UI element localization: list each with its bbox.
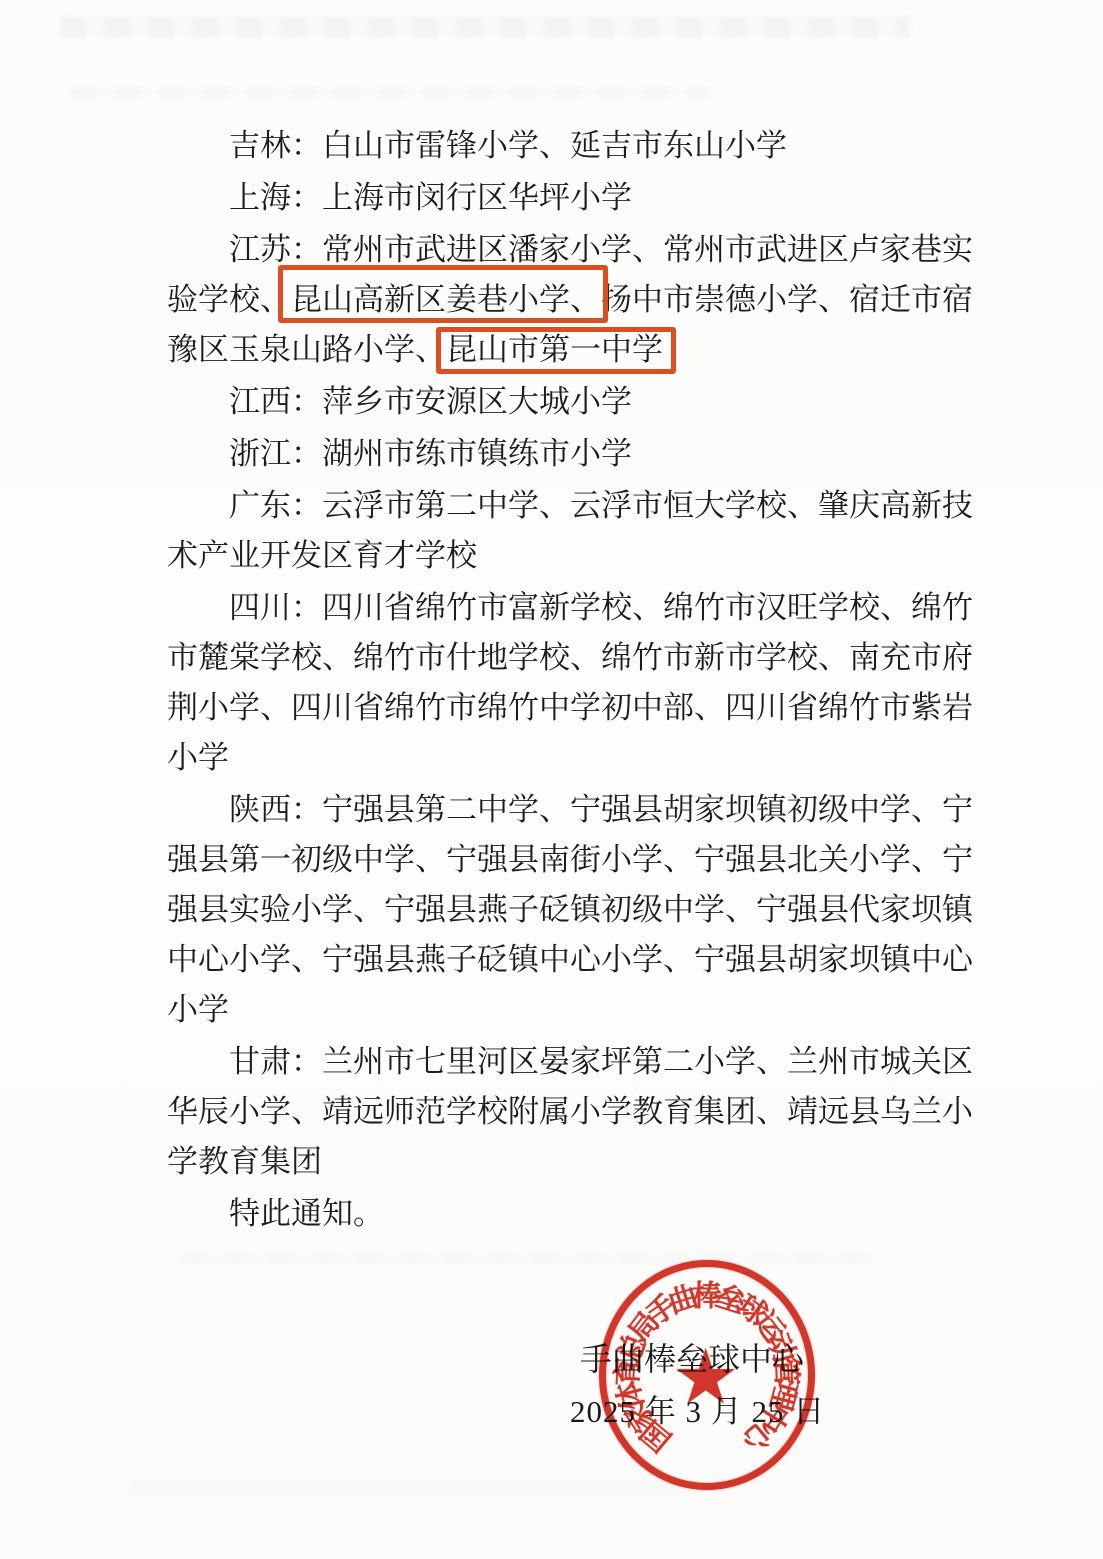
- text-line: 荆小学、四川省绵竹市绵竹中学初中部、四川省绵竹市紫岩: [167, 683, 967, 733]
- scan-artifact: [60, 16, 910, 38]
- text-line: 强县第一初级中学、宁强县南街小学、宁强县北关小学、宁: [167, 835, 967, 885]
- paragraph: 浙江：湖州市练市镇练市小学: [167, 429, 967, 479]
- text-line: 术产业开发区育才学校: [167, 531, 967, 581]
- text-line: 强县实验小学、宁强县燕子砭镇初级中学、宁强县代家坝镇: [167, 885, 967, 935]
- paragraph: 甘肃：兰州市七里河区晏家坪第二小学、兰州市城关区华辰小学、靖远师范学校附属小学教…: [167, 1037, 967, 1187]
- notice-page: 吉林：白山市雷锋小学、延吉市东山小学上海：上海市闵行区华坪小学江苏：常州市武进区…: [0, 0, 1103, 1559]
- star-icon: ★: [672, 1340, 740, 1416]
- text-line: 特此通知。: [167, 1189, 967, 1239]
- text-line: 四川：四川省绵竹市富新学校、绵竹市汉旺学校、绵竹: [167, 583, 967, 633]
- text-line: 吉林：白山市雷锋小学、延吉市东山小学: [167, 121, 967, 171]
- text-line: 甘肃：兰州市七里河区晏家坪第二小学、兰州市城关区: [167, 1037, 967, 1087]
- highlight-box-jiangxiang-primary: [278, 265, 608, 323]
- paragraph: 江西：萍乡市安源区大城小学: [167, 377, 967, 427]
- official-stamp: 国家体育总局手曲棒垒球运动管理中心 ★: [599, 1260, 815, 1490]
- text-line: 小学: [167, 985, 967, 1035]
- text-line: 学教育集团: [167, 1137, 967, 1187]
- scan-artifact: [70, 86, 710, 99]
- paragraph: 吉林：白山市雷锋小学、延吉市东山小学: [167, 121, 967, 171]
- text-line: 中心小学、宁强县燕子砭镇中心小学、宁强县胡家坝镇中心: [167, 935, 967, 985]
- paragraph: 上海：上海市闵行区华坪小学: [167, 173, 967, 223]
- paragraph: 四川：四川省绵竹市富新学校、绵竹市汉旺学校、绵竹市麓棠学校、绵竹市什地学校、绵竹…: [167, 583, 967, 783]
- text-line: 浙江：湖州市练市镇练市小学: [167, 429, 967, 479]
- paragraph: 陕西：宁强县第二中学、宁强县胡家坝镇初级中学、宁强县第一初级中学、宁强县南街小学…: [167, 785, 967, 1035]
- text-line: 上海：上海市闵行区华坪小学: [167, 173, 967, 223]
- text-line: 江西：萍乡市安源区大城小学: [167, 377, 967, 427]
- paragraph: 广东：云浮市第二中学、云浮市恒大学校、肇庆高新技术产业开发区育才学校: [167, 481, 967, 581]
- highlight-box-kunshan-no1-middle: [436, 327, 676, 374]
- paragraph: 特此通知。: [167, 1189, 967, 1239]
- text-line: 广东：云浮市第二中学、云浮市恒大学校、肇庆高新技: [167, 481, 967, 531]
- text-line: 小学: [167, 733, 967, 783]
- text-line: 陕西：宁强县第二中学、宁强县胡家坝镇初级中学、宁: [167, 785, 967, 835]
- text-line: 华辰小学、靖远师范学校附属小学教育集团、靖远县乌兰小: [167, 1087, 967, 1137]
- text-line: 市麓棠学校、绵竹市什地学校、绵竹市新市学校、南充市府: [167, 633, 967, 683]
